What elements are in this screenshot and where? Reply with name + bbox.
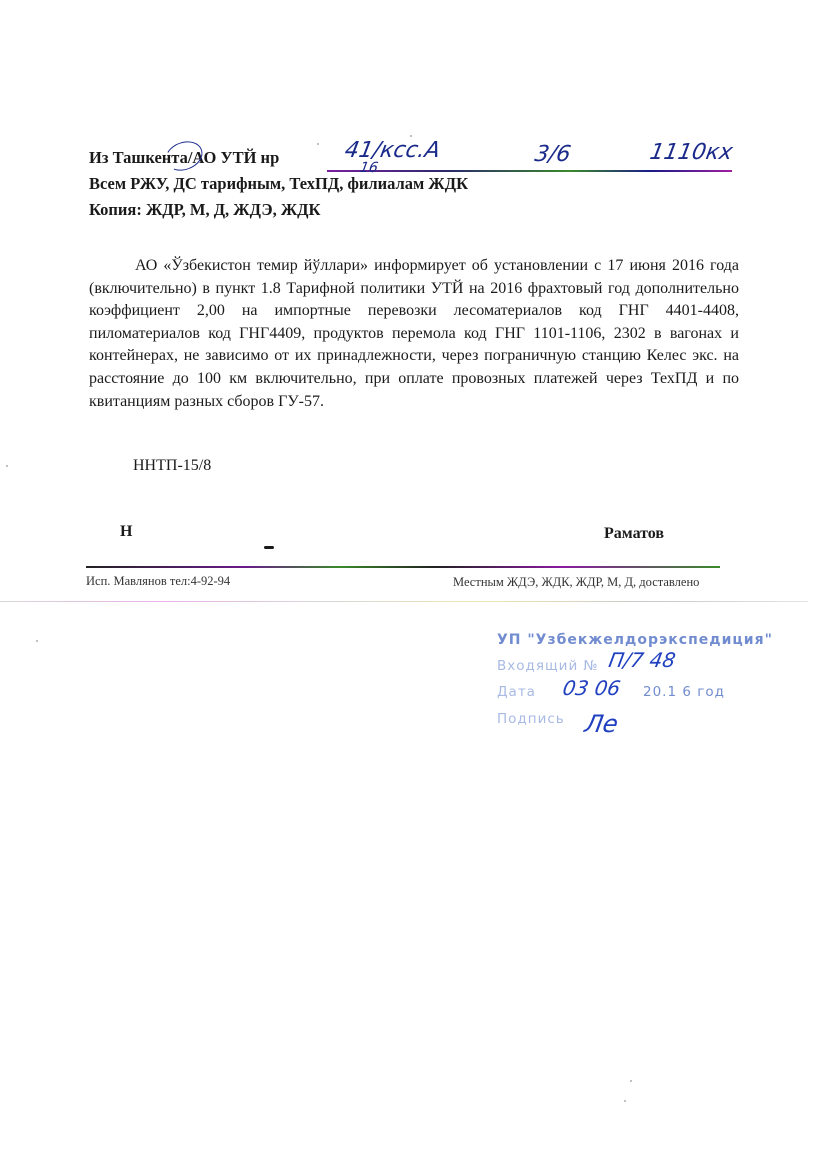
- stamp-signature-label: Подпись: [497, 711, 565, 727]
- handwritten-reg-suffix: 1110кх: [648, 140, 735, 165]
- document-page: Из Ташкента/АО УТЙ нр 41/ксс.А 3/6 1110к…: [0, 0, 826, 1169]
- handwritten-circle-mark: [161, 136, 206, 175]
- stamp-incoming-number: П/7 48: [607, 648, 678, 672]
- scan-speck: [317, 143, 319, 145]
- header-recipients: Всем РЖУ, ДС тарифным, ТехПД, филиалам Ж…: [89, 174, 468, 194]
- stamp-incoming-label: Входящий №: [497, 658, 599, 674]
- scan-speck: [6, 465, 8, 467]
- stamp-org: УП "Узбекжелдорэкспедиция": [497, 632, 773, 648]
- signatory-name: Раматов: [604, 525, 664, 543]
- scan-speck: [36, 640, 38, 642]
- signature-mark: [264, 546, 274, 549]
- registration-underline: [327, 170, 732, 172]
- scan-artifact-line: [0, 601, 808, 602]
- footer-distribution: Местным ЖДЭ, ЖДК, ЖДР, М, Д, доставлено: [453, 575, 699, 590]
- handwritten-reg-date: 3/6: [533, 142, 573, 167]
- signature-left-initial: Н: [120, 523, 132, 541]
- body-paragraph: АО «Ўзбекистон темир йўллари» информируе…: [89, 255, 739, 413]
- scan-speck: [410, 135, 412, 137]
- footer-executor: Исп. Мавлянов тел:4-92-94: [86, 574, 230, 589]
- scan-speck: [630, 1080, 632, 1082]
- stamp-signature: Ле: [583, 710, 621, 738]
- document-code: ННТП-15/8: [133, 457, 211, 475]
- stamp-year: 20.1 6 год: [643, 684, 725, 700]
- incoming-stamp: УП "Узбекжелдорэкспедиция" Входящий № Да…: [497, 632, 757, 742]
- handwritten-reg-number: 41/ксс.А: [343, 138, 442, 163]
- footer-divider: [86, 566, 720, 568]
- scan-speck: [624, 1100, 626, 1102]
- header-copy: Копия: ЖДР, М, Д, ЖДЭ, ЖДК: [89, 200, 320, 220]
- stamp-date-value: 03 06: [561, 676, 622, 700]
- stamp-date-label: Дата: [497, 684, 536, 700]
